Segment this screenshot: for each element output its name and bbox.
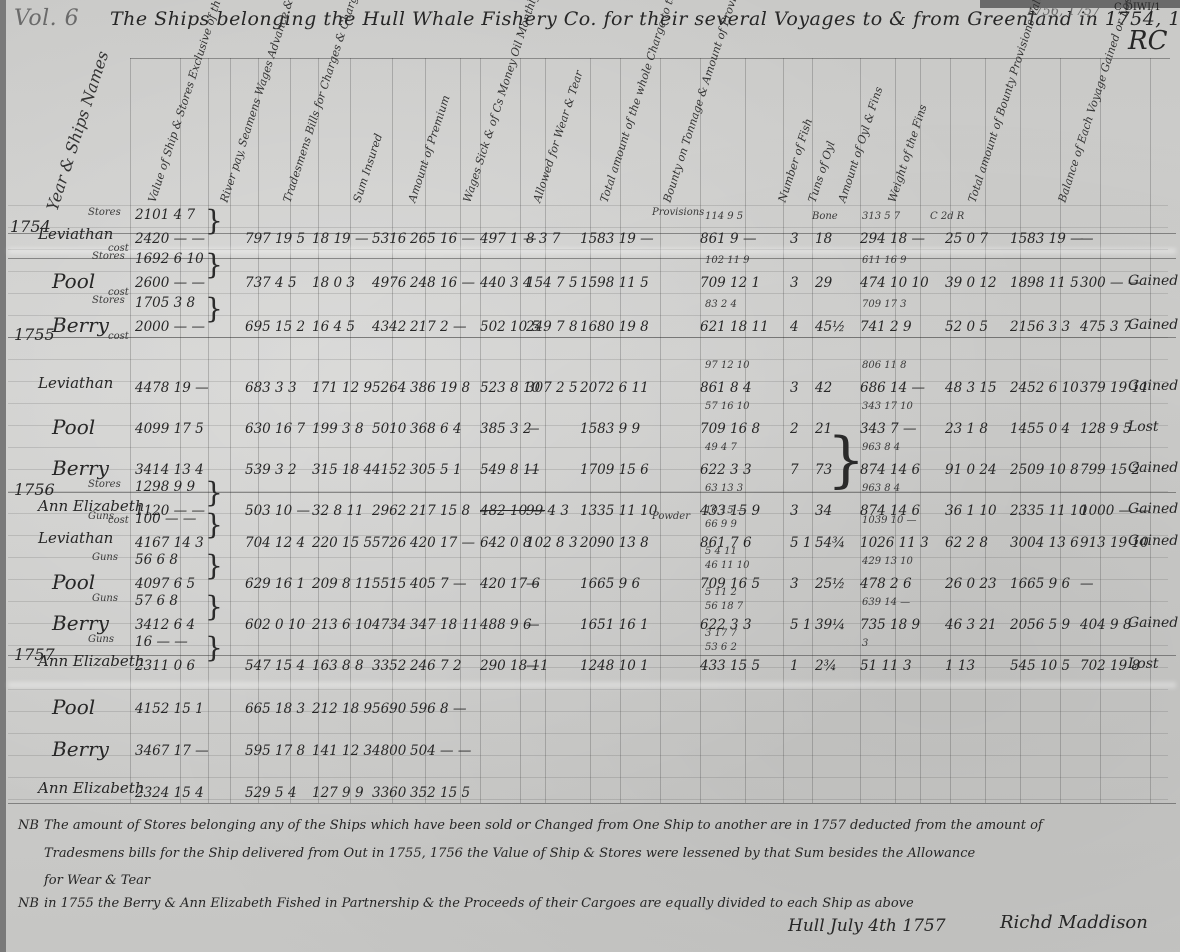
brace-icon: } [205,511,223,539]
signature: Richd Maddison [1000,912,1148,933]
result-label: Lost [1128,656,1159,672]
data-cell: 861 8 4 [700,380,752,396]
data-cell: 4152 [372,462,406,478]
data-cell: 1651 16 1 [580,617,649,633]
data-cell: 154 7 5 [526,275,578,291]
sub-label: Stores [88,479,121,490]
annotation-value: 5 11 2 [705,587,737,598]
ledger-sheet: Vol. 6 The Ships belonging the Hull Whal… [0,0,1180,952]
year-label: 1756 [14,480,55,499]
result-label: Lost [1128,419,1159,435]
value-cell: 56 6 8 [135,552,178,568]
annotation-value: 56 18 7 [705,601,743,612]
data-cell: 46 3 21 [945,617,997,633]
data-cell: 1583 9 9 [580,421,640,437]
value-cell: 4478 19 — [135,380,209,396]
data-cell: 539 3 2 [245,462,297,478]
data-cell: 3360 [372,785,406,801]
annotation-value: 343 17 10 [862,401,913,412]
data-cell: 199 3 8 [312,421,364,437]
value-cell: 2420 — — [135,231,205,247]
data-cell: 23 1 8 [945,421,988,437]
data-cell: 2335 11 10 [1010,503,1087,519]
data-cell: 503 10 — [245,503,310,519]
sub-label: Guns [92,552,118,563]
place-date: Hull July 4th 1757 [788,916,946,936]
data-cell: 248 16 — [410,275,475,291]
value-cell: 4099 17 5 [135,421,204,437]
data-cell: 3 [790,576,799,592]
data-cell: — [526,658,540,674]
annotation-value: 429 13 10 [862,556,913,567]
data-cell: 1 [790,658,799,674]
scan-edge [0,0,6,952]
data-cell: 1455 0 4 [1010,421,1070,437]
data-cell: 1665 9 6 [580,576,640,592]
annotation-label: Provisions [652,207,704,218]
data-cell: 45½ [815,319,845,335]
data-cell: 217 15 8 [410,503,470,519]
data-cell: 18 19 — [312,231,368,247]
note-line: Tradesmens bills for the Ship delivered … [44,846,975,861]
sub-label: Guns [92,593,118,604]
annotation-value: 83 2 4 [705,299,737,310]
data-cell: 622 3 3 [700,462,752,478]
year-label: 1755 [14,325,55,344]
ruled-line [8,315,1168,316]
data-cell: 1583 19 — [1010,231,1084,247]
data-cell: 5690 [372,701,406,717]
brace-icon: } [205,295,223,323]
data-cell: 4734 [372,617,406,633]
value-cell: 100 — — [135,511,196,527]
column-header: Value of Ship & Stores Exclusive of th [147,58,205,204]
result-label: Gained [1128,273,1178,289]
data-cell: 246 7 2 [410,658,462,674]
brace-icon: } [205,479,223,507]
data-cell: 1 13 [945,658,975,674]
column-header: Bounty on Tonnage & Amount of Provisio [662,58,720,204]
ship-name: Pool [52,269,95,293]
data-cell: 62 2 8 [945,535,988,551]
value-cell: 4152 15 1 [135,701,204,717]
column-header: Amount of Premium [407,58,465,204]
ruled-line [8,403,1168,404]
data-cell: — [1080,576,1094,592]
data-cell: 25½ [815,576,845,592]
data-cell: 352 15 5 [410,785,470,801]
data-cell: 4342 [372,319,406,335]
data-cell: 5316 [372,231,406,247]
data-cell: 5 1 [790,617,811,633]
data-cell: 2962 [372,503,406,519]
data-cell: 42 [815,380,832,396]
data-cell: 1665 9 6 [1010,576,1070,592]
ruled-line [8,601,1168,602]
data-cell: 2¾ [815,658,837,674]
data-cell: 212 18 9 [312,701,372,717]
ship-name: Berry [52,611,109,635]
annotation-value: 10 15 — [705,505,747,516]
annotation-value: 53 6 2 [705,642,737,653]
brace-icon: } [827,430,865,490]
result-label: Gained [1128,615,1178,631]
data-cell: 220 15 5 [312,535,372,551]
sub-label: Stores [92,251,125,262]
annotation-value: 963 8 4 [862,483,900,494]
data-cell: 4800 [372,743,406,759]
ship-name: Pool [52,415,95,439]
data-cell: 307 2 5 [526,380,578,396]
data-cell: 315 18 4 [312,462,372,478]
ruled-line [8,447,1168,448]
column-header: Balance of Each Voyage Gained or Lost [1057,58,1115,204]
ship-name: Leviathan [38,529,113,547]
data-cell: 91 0 24 [945,462,997,478]
data-cell: 797 19 5 [245,231,305,247]
data-cell: 5515 [372,576,406,592]
value-cell: 2000 — — [135,319,205,335]
ruled-line [8,227,1168,228]
annotation-value: 57 16 10 [705,401,750,412]
annotation-label: Bone [812,211,838,222]
annotation-value: 806 11 8 [862,360,907,371]
ship-name: Leviathan [38,374,113,392]
data-cell: 405 7 — [410,576,466,592]
data-cell: 1335 11 10 [580,503,657,519]
value-cell: 4097 6 5 [135,576,195,592]
data-cell: 874 14 6 [860,462,920,478]
note-line: in 1755 the Berry & Ann Elizabeth Fished… [44,896,914,911]
data-cell: 3352 [372,658,406,674]
result-label: Gained [1128,501,1178,517]
data-cell: 2156 3 3 [1010,319,1070,335]
sub-label: Guns [88,634,114,645]
note-line: for Wear & Tear [44,873,150,888]
data-cell: 529 5 4 [245,785,297,801]
data-cell: 1026 11 3 [860,535,929,551]
value-cell: 2311 0 6 [135,658,195,674]
note-mark: NB [18,896,39,911]
data-cell: 18 0 3 [312,275,355,291]
grid-line [208,58,209,803]
data-cell: 3 [790,231,799,247]
value-cell: 3412 6 4 [135,617,195,633]
annotation-value: 639 14 — [862,597,910,608]
data-cell: 1583 19 — [580,231,654,247]
data-cell: 737 4 5 [245,275,297,291]
data-cell: 209 8 11 [312,576,372,592]
data-cell: 3004 13 6 [1010,535,1079,551]
data-cell: 385 3 2 [480,421,532,437]
ship-name: Berry [52,456,109,480]
data-cell: 51 11 3 [860,658,912,674]
data-cell: 34 [815,503,832,519]
section-rule [8,655,1176,656]
data-cell: 1248 10 1 [580,658,649,674]
page-title: The Ships belonging the Hull Whale Fishe… [110,8,1180,30]
ruled-line [8,777,1168,778]
data-cell: 2072 6 11 [580,380,649,396]
data-cell: 2509 10 8 [1010,462,1079,478]
data-cell: 2 [790,421,799,437]
data-cell: 488 9 6 [480,617,532,633]
ship-name: Pool [52,570,95,594]
data-cell: 630 16 7 [245,421,305,437]
data-cell: 602 0 10 [245,617,305,633]
data-cell: 5264 [372,380,406,396]
grid-line [783,58,784,803]
note-mark: NB [18,818,39,833]
column-header: Year & Ships Names [47,66,105,212]
data-cell: 440 3 4 [480,275,532,291]
column-header: Allowed for Wear & Tear [532,58,590,204]
grid-line [660,58,661,803]
data-cell: 16 4 5 [312,319,355,335]
data-cell: 695 15 2 [245,319,305,335]
annotation-value: 114 9 5 [705,211,743,222]
data-cell: 99 4 3 [526,503,569,519]
data-cell: 347 18 11 [410,617,479,633]
annotation-value: 5 4 11 [705,546,737,557]
year-label: 1757 [14,645,55,664]
ship-name: Pool [52,695,95,719]
data-cell: 386 19 8 [410,380,470,396]
data-cell: 29 [815,275,832,291]
monogram: RC [1128,26,1167,56]
annotation-value: 63 13 3 [705,483,743,494]
data-cell: 1898 11 5 [1010,275,1079,291]
data-cell: 735 18 9 [860,617,920,633]
data-cell: 2090 13 8 [580,535,649,551]
data-cell: 642 0 8 [480,535,532,551]
section-rule [8,803,1176,804]
data-cell: 48 3 15 [945,380,997,396]
data-cell: 420 17 — [410,535,475,551]
data-cell: 54¾ [815,535,845,551]
data-cell: — [526,462,540,478]
data-cell: — [1080,231,1094,247]
data-cell: 265 16 — [410,231,475,247]
data-cell: 128 9 5 [1080,421,1132,437]
data-cell: 547 15 4 [245,658,305,674]
brace-icon: } [205,251,223,279]
value-cell: 1298 9 9 [135,479,195,495]
data-cell: 3 [790,380,799,396]
annotation-value: C 2d R [930,211,964,222]
data-cell: 32 8 11 [312,503,364,519]
data-cell: 2452 6 10 [1010,380,1079,396]
data-cell: 39 0 12 [945,275,997,291]
data-cell: 141 12 3 [312,743,372,759]
brace-icon: } [205,593,223,621]
ship-name: Berry [52,737,109,761]
data-cell: 478 2 6 [860,576,912,592]
result-label: Gained [1128,460,1178,476]
data-cell: 7 [790,462,799,478]
annotation-value: 49 4 7 [705,442,737,453]
sub-label: Guns [88,511,114,522]
paper-fold [8,682,1176,688]
ruled-line [8,293,1168,294]
data-cell: 3 [790,275,799,291]
grid-line [812,58,813,803]
section-rule [8,337,1176,338]
data-cell: 504 — — [410,743,471,759]
data-cell: 36 1 10 [945,503,997,519]
data-cell: 2056 5 9 [1010,617,1070,633]
data-cell: 861 9 — [700,231,756,247]
corner-note: Vol. 6 [14,6,79,31]
data-cell: 368 6 4 [410,421,462,437]
data-cell: 629 16 1 [245,576,305,592]
data-cell: 704 12 4 [245,535,305,551]
column-header: Total amount of Bounty Provisions Valu [967,58,1025,204]
annotation-value: 3 [862,638,868,649]
annotation-value: 102 11 9 [705,255,750,266]
column-header: River pay, Seamens Wages Advance & Pro [219,58,277,204]
ruled-line [8,271,1168,272]
sub-label: Stores [88,207,121,218]
brace-icon: } [205,207,223,235]
value-cell: 3467 17 — [135,743,209,759]
ship-name: Berry [52,313,109,337]
data-cell: — [526,421,540,437]
data-cell: 595 17 8 [245,743,305,759]
ruled-line [8,689,1168,690]
result-label: Gained [1128,378,1178,394]
ruled-line [8,557,1168,558]
data-cell: 18 [815,231,832,247]
ruled-line [8,359,1168,360]
value-cell: 57 6 8 [135,593,178,609]
data-cell: 3 [790,503,799,519]
brace-icon: } [205,552,223,580]
data-cell: — [526,576,540,592]
ruled-line [8,205,1168,206]
data-cell: 52 0 5 [945,319,988,335]
annotation-value: 97 12 10 [705,360,750,371]
annotation-value: 1039 10 — [862,515,917,526]
value-cell: 1705 3 8 [135,295,195,311]
ship-name: Leviathan [38,225,113,243]
data-cell: 127 9 9 [312,785,364,801]
data-cell: 596 8 — [410,701,466,717]
data-cell: 249 7 8 [526,319,578,335]
note-line: The amount of Stores belonging any of th… [44,818,1043,833]
data-cell: 741 2 9 [860,319,912,335]
data-cell: 171 12 9 [312,380,372,396]
annotation-value: 963 8 4 [862,442,900,453]
data-cell: — [526,617,540,633]
annotation-value: 611 16 9 [862,255,907,266]
data-cell: 474 10 10 [860,275,929,291]
data-cell: 475 3 7 [1080,319,1132,335]
annotation-value: 66 9 9 [705,519,737,530]
data-cell: 305 5 1 [410,462,462,478]
data-cell: 102 8 3 [526,535,578,551]
value-cell: 2101 4 7 [135,207,195,223]
data-cell: 683 3 3 [245,380,297,396]
data-cell: 5010 [372,421,406,437]
annotation-value: 3 17 7 [705,628,737,639]
data-cell: 26 0 23 [945,576,997,592]
grid-line [920,58,921,803]
data-cell: 545 10 5 [1010,658,1070,674]
data-cell: 709 12 1 [700,275,760,291]
data-cell: 25 0 7 [945,231,988,247]
column-header: Wages Sick & of Cs Money Oil Monthly & [462,58,520,204]
data-cell: 5726 [372,535,406,551]
annotation-value: 313 5 7 [862,211,900,222]
value-cell: 4167 14 3 [135,535,204,551]
ship-name: Ann Elizabeth [38,779,144,797]
brace-icon: } [205,634,223,662]
sub-label: Stores [92,295,125,306]
result-label: Gained [1128,533,1178,549]
data-cell: 433 15 5 [700,658,760,674]
data-cell: 1680 19 8 [580,319,649,335]
ruled-line [8,733,1168,734]
data-cell: 4 [790,319,799,335]
annotation-label: Powder [652,511,690,522]
data-cell: 213 6 10 [312,617,372,633]
data-cell: 4976 [372,275,406,291]
data-cell: 39¼ [815,617,845,633]
data-cell: 294 18 — [860,231,925,247]
grid-line [130,58,131,803]
data-cell: 343 7 — [860,421,916,437]
data-cell: 1709 15 6 [580,462,649,478]
result-label: Gained [1128,317,1178,333]
annotation-value: 46 11 10 [705,560,750,571]
data-cell: 8 3 7 [526,231,560,247]
data-cell: 1598 11 5 [580,275,649,291]
value-cell: 1692 6 10 [135,251,204,267]
column-header: Sum Insured [352,58,410,204]
data-cell: 665 18 3 [245,701,305,717]
data-cell: 621 18 11 [700,319,769,335]
data-cell: 686 14 — [860,380,925,396]
data-cell: 709 16 8 [700,421,760,437]
value-cell: 2324 15 4 [135,785,204,801]
data-cell: 404 9 8 [1080,617,1132,633]
value-cell: 2600 — — [135,275,205,291]
column-header: Total amount of the whole Charge to th [599,58,657,204]
value-cell: 16 — — [135,634,188,650]
data-cell: 217 2 — [410,319,466,335]
data-cell: 163 8 8 [312,658,364,674]
value-cell: 3414 13 4 [135,462,204,478]
annotation-value: 709 17 3 [862,299,907,310]
column-header: Number of Fish [777,58,835,204]
sub-label: cost [108,331,129,342]
data-cell: 5 1 [790,535,811,551]
